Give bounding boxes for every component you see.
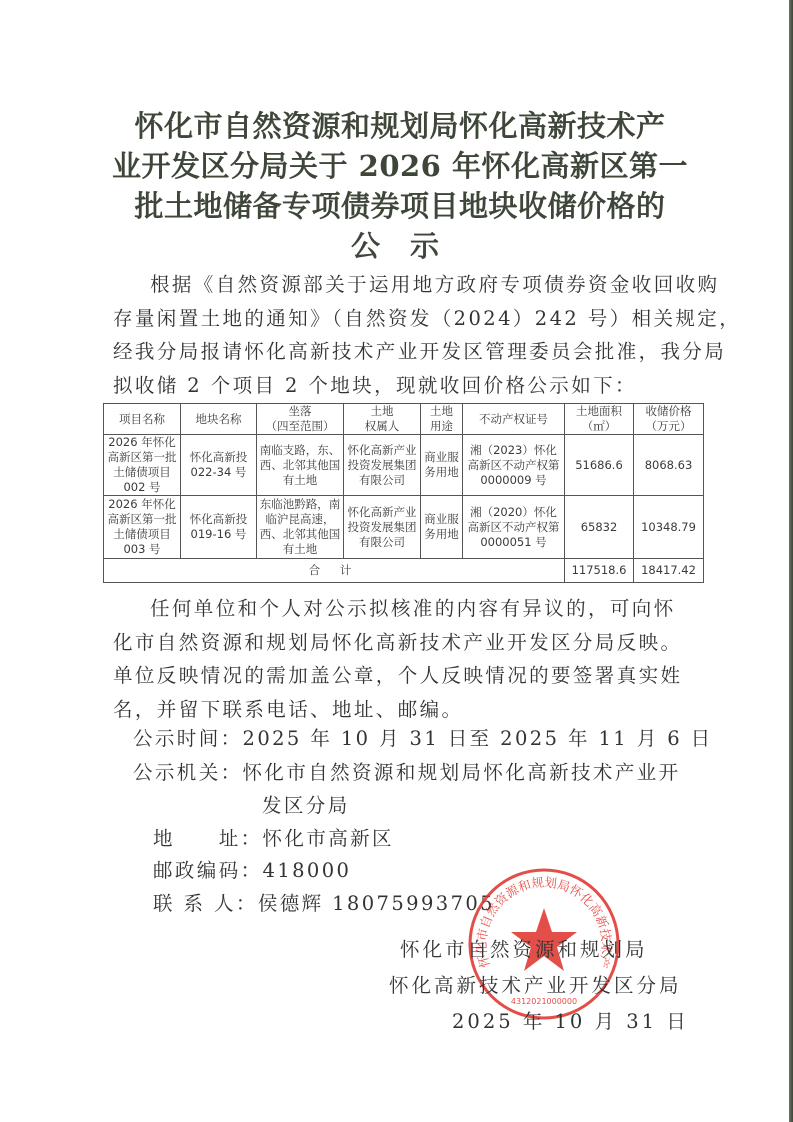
table-total-row: 合 计 117518.6 18417.42 [104,559,704,583]
intro-line: 拟收储 2 个项目 2 个地块，现就收回价格公示如下： [113,369,693,403]
authority-value-cont: 发区分局 [262,794,350,817]
intro-line: 根据《自然资源部关于运用地方政府专项债券资金收回收购 [113,268,693,302]
cell-project: 2026 年怀化高新区第一批土储债项目 003 号 [104,496,181,559]
authority-value: 怀化市自然资源和规划局怀化高新技术产业开 [243,761,681,784]
signature-date: 2025 年 10 月 31 日 [452,1006,689,1034]
header-area: 土地面积 （㎡） [565,404,634,435]
authority-label: 公示机关： [133,761,243,784]
objection-line: 任何单位和个人对公示拟核准的内容有异议的，可向怀 [113,592,693,626]
cell-cert: 湘（2023）怀化高新区不动产权第 0000009 号 [463,435,565,496]
header-price: 收储价格 （万元） [634,404,704,435]
cell-location: 南临支路，东、西、北邻其他国有土地 [257,435,344,496]
scan-edge [789,0,793,1122]
period-value: 2025 年 10 月 31 日至 2025 年 11 月 6 日 [243,727,713,750]
period-row: 公示时间：2025 年 10 月 31 日至 2025 年 11 月 6 日 [133,723,713,751]
stamp-code-text: 4312021000000 [511,997,577,1006]
cell-location: 东临池黔路，南临沪昆高速，西、北邻其他国有土地 [257,496,344,559]
cell-price: 8068.63 [634,435,704,496]
cell-parcel: 怀化高新投 022-34 号 [181,435,257,496]
title-line-3: 批土地储备专项债券项目地块收储价格的 [100,186,700,226]
total-area: 117518.6 [565,559,634,583]
objection-line: 单位反映情况的需加盖公章，个人反映情况的要签署真实姓 [113,659,693,693]
table-row: 2026 年怀化高新区第一批土储债项目 002 号 怀化高新投 022-34 号… [104,435,704,496]
document-title: 怀化市自然资源和规划局怀化高新技术产 业开发区分局关于 2026 年怀化高新区第… [100,106,700,266]
header-owner: 土地 权属人 [344,404,421,435]
table-header-row: 项目名称 地块名称 坐落 （四至范围） 土地 权属人 土地 用途 不动产权证号 … [104,404,704,435]
authority-row-cont: 发区分局 [262,790,350,818]
total-label: 合 计 [104,559,565,583]
postcode-row: 邮政编码：418000 [153,855,351,883]
cell-area: 65832 [565,496,634,559]
objection-line: 化市自然资源和规划局怀化高新技术产业开发区分局反映。 [113,626,693,660]
total-price: 18417.42 [634,559,704,583]
title-line-1: 怀化市自然资源和规划局怀化高新技术产 [100,106,700,146]
address-row: 地 址：怀化市高新区 [153,823,394,851]
cell-cert: 湘（2020）怀化高新区不动产权第 0000051 号 [463,496,565,559]
header-cert: 不动产权证号 [463,404,565,435]
header-location: 坐落 （四至范围） [257,404,344,435]
cell-use: 商业服务用地 [421,496,463,559]
title-line-4: 公 示 [100,226,700,266]
header-use: 土地 用途 [421,404,463,435]
cell-use: 商业服务用地 [421,435,463,496]
intro-paragraph: 根据《自然资源部关于运用地方政府专项债券资金收回收购 存量闲置土地的通知》（自然… [113,268,693,402]
header-parcel: 地块名称 [181,404,257,435]
contact-value: 侯德辉 18075993705 [258,892,495,915]
header-project: 项目名称 [104,404,181,435]
contact-row: 联 系 人：侯德辉 18075993705 [153,888,495,916]
signature-org-line-1: 怀化市自然资源和规划局 [400,934,648,962]
cell-parcel: 怀化高新投 019-16 号 [181,496,257,559]
contact-label: 联 系 人： [153,892,258,915]
cell-project: 2026 年怀化高新区第一批土储债项目 002 号 [104,435,181,496]
postcode-value: 418000 [263,859,352,882]
objection-line: 名，并留下联系电话、地址、邮编。 [113,693,693,727]
cell-area: 51686.6 [565,435,634,496]
cell-owner: 怀化高新产业投资发展集团有限公司 [344,435,421,496]
postcode-label: 邮政编码： [153,859,263,882]
intro-line: 存量闲置土地的通知》（自然资发（2024）242 号）相关规定， [113,302,693,336]
cell-owner: 怀化高新产业投资发展集团有限公司 [344,496,421,559]
address-label: 地 址： [153,827,263,850]
title-line-2: 业开发区分局关于 2026 年怀化高新区第一 [100,146,700,186]
table-row: 2026 年怀化高新区第一批土储债项目 003 号 怀化高新投 019-16 号… [104,496,704,559]
cell-price: 10348.79 [634,496,704,559]
period-label: 公示时间： [133,727,243,750]
objection-paragraph: 任何单位和个人对公示拟核准的内容有异议的，可向怀 化市自然资源和规划局怀化高新技… [113,592,693,726]
intro-line: 经我分局报请怀化高新技术产业开发区管理委员会批准，我分局 [113,335,693,369]
address-value: 怀化市高新区 [263,827,394,850]
land-table: 项目名称 地块名称 坐落 （四至范围） 土地 权属人 土地 用途 不动产权证号 … [103,403,704,583]
signature-org-line-2: 怀化高新技术产业开发区分局 [389,970,682,998]
authority-row: 公示机关：怀化市自然资源和规划局怀化高新技术产业开 [133,757,681,785]
